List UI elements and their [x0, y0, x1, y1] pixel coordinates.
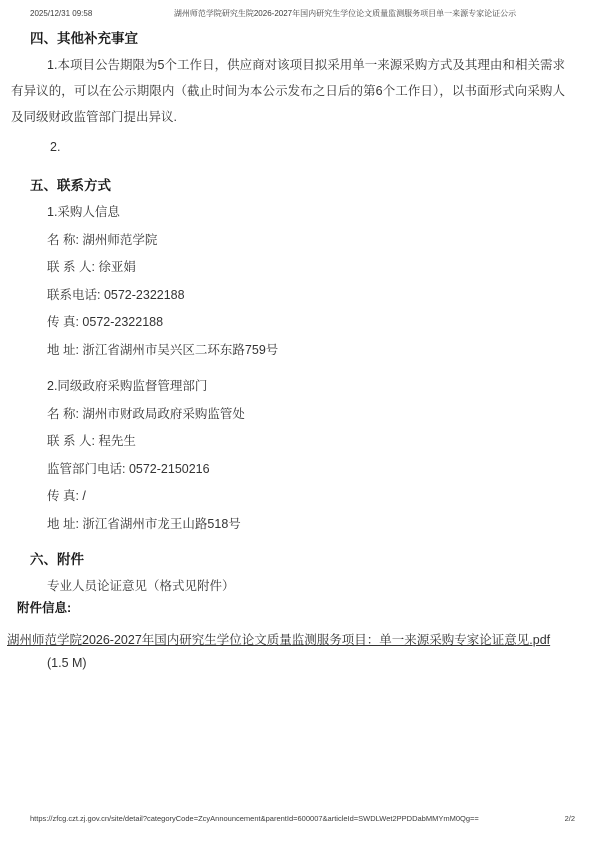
print-header: 2025/12/31 09:58 湖州师范学院研究生院2026-2027年国内研…	[30, 8, 575, 19]
print-datetime: 2025/12/31 09:58	[30, 8, 115, 19]
purchaser-fax: 传 真: 0572-2322188	[47, 314, 163, 330]
purchaser-address: 地 址: 浙江省湖州市吴兴区二环东路759号	[47, 342, 278, 358]
regulator-info-title: 2.同级政府采购监督管理部门	[47, 378, 207, 394]
purchaser-info-title: 1.采购人信息	[47, 204, 120, 220]
regulator-address: 地 址: 浙江省湖州市龙王山路518号	[47, 516, 241, 532]
page-number: 2/2	[565, 813, 575, 824]
notice-period-paragraph: 1.本项目公告期限为5个工作日，供应商对该项目拟采用单一来源采购方式及其理由和相…	[11, 52, 565, 130]
section-heading-contact: 五、联系方式	[30, 177, 111, 194]
section-heading-attachment: 六、附件	[30, 551, 84, 568]
attachment-note: 专业人员论证意见（格式见附件）	[47, 578, 235, 594]
purchaser-name: 名 称: 湖州师范学院	[47, 232, 157, 248]
regulator-fax: 传 真: /	[47, 488, 86, 504]
print-footer: https://zfcg.czt.zj.gov.cn/site/detail?c…	[30, 813, 575, 824]
regulator-phone: 监管部门电话: 0572-2150216	[47, 461, 210, 477]
source-url: https://zfcg.czt.zj.gov.cn/site/detail?c…	[30, 813, 479, 824]
purchaser-phone: 联系电话: 0572-2322188	[47, 287, 185, 303]
section-heading-other-matters: 四、其他补充事宜	[30, 30, 138, 47]
paragraph-item-2: 2.	[50, 139, 60, 155]
document-title: 湖州师范学院研究生院2026-2027年国内研究生学位论文质量监测服务项目单一来…	[115, 8, 575, 19]
attachment-file-size: (1.5 M)	[47, 655, 87, 671]
attachment-file-link[interactable]: 湖州师范学院2026-2027年国内研究生学位论文质量监测服务项目：单一来源采购…	[7, 630, 550, 648]
regulator-name: 名 称: 湖州市财政局政府采购监管处	[47, 406, 245, 422]
attachment-info-label: 附件信息:	[17, 598, 71, 616]
purchaser-contact-person: 联 系 人: 徐亚娟	[47, 259, 136, 275]
document-page: 2025/12/31 09:58 湖州师范学院研究生院2026-2027年国内研…	[0, 0, 595, 844]
regulator-contact-person: 联 系 人: 程先生	[47, 433, 136, 449]
